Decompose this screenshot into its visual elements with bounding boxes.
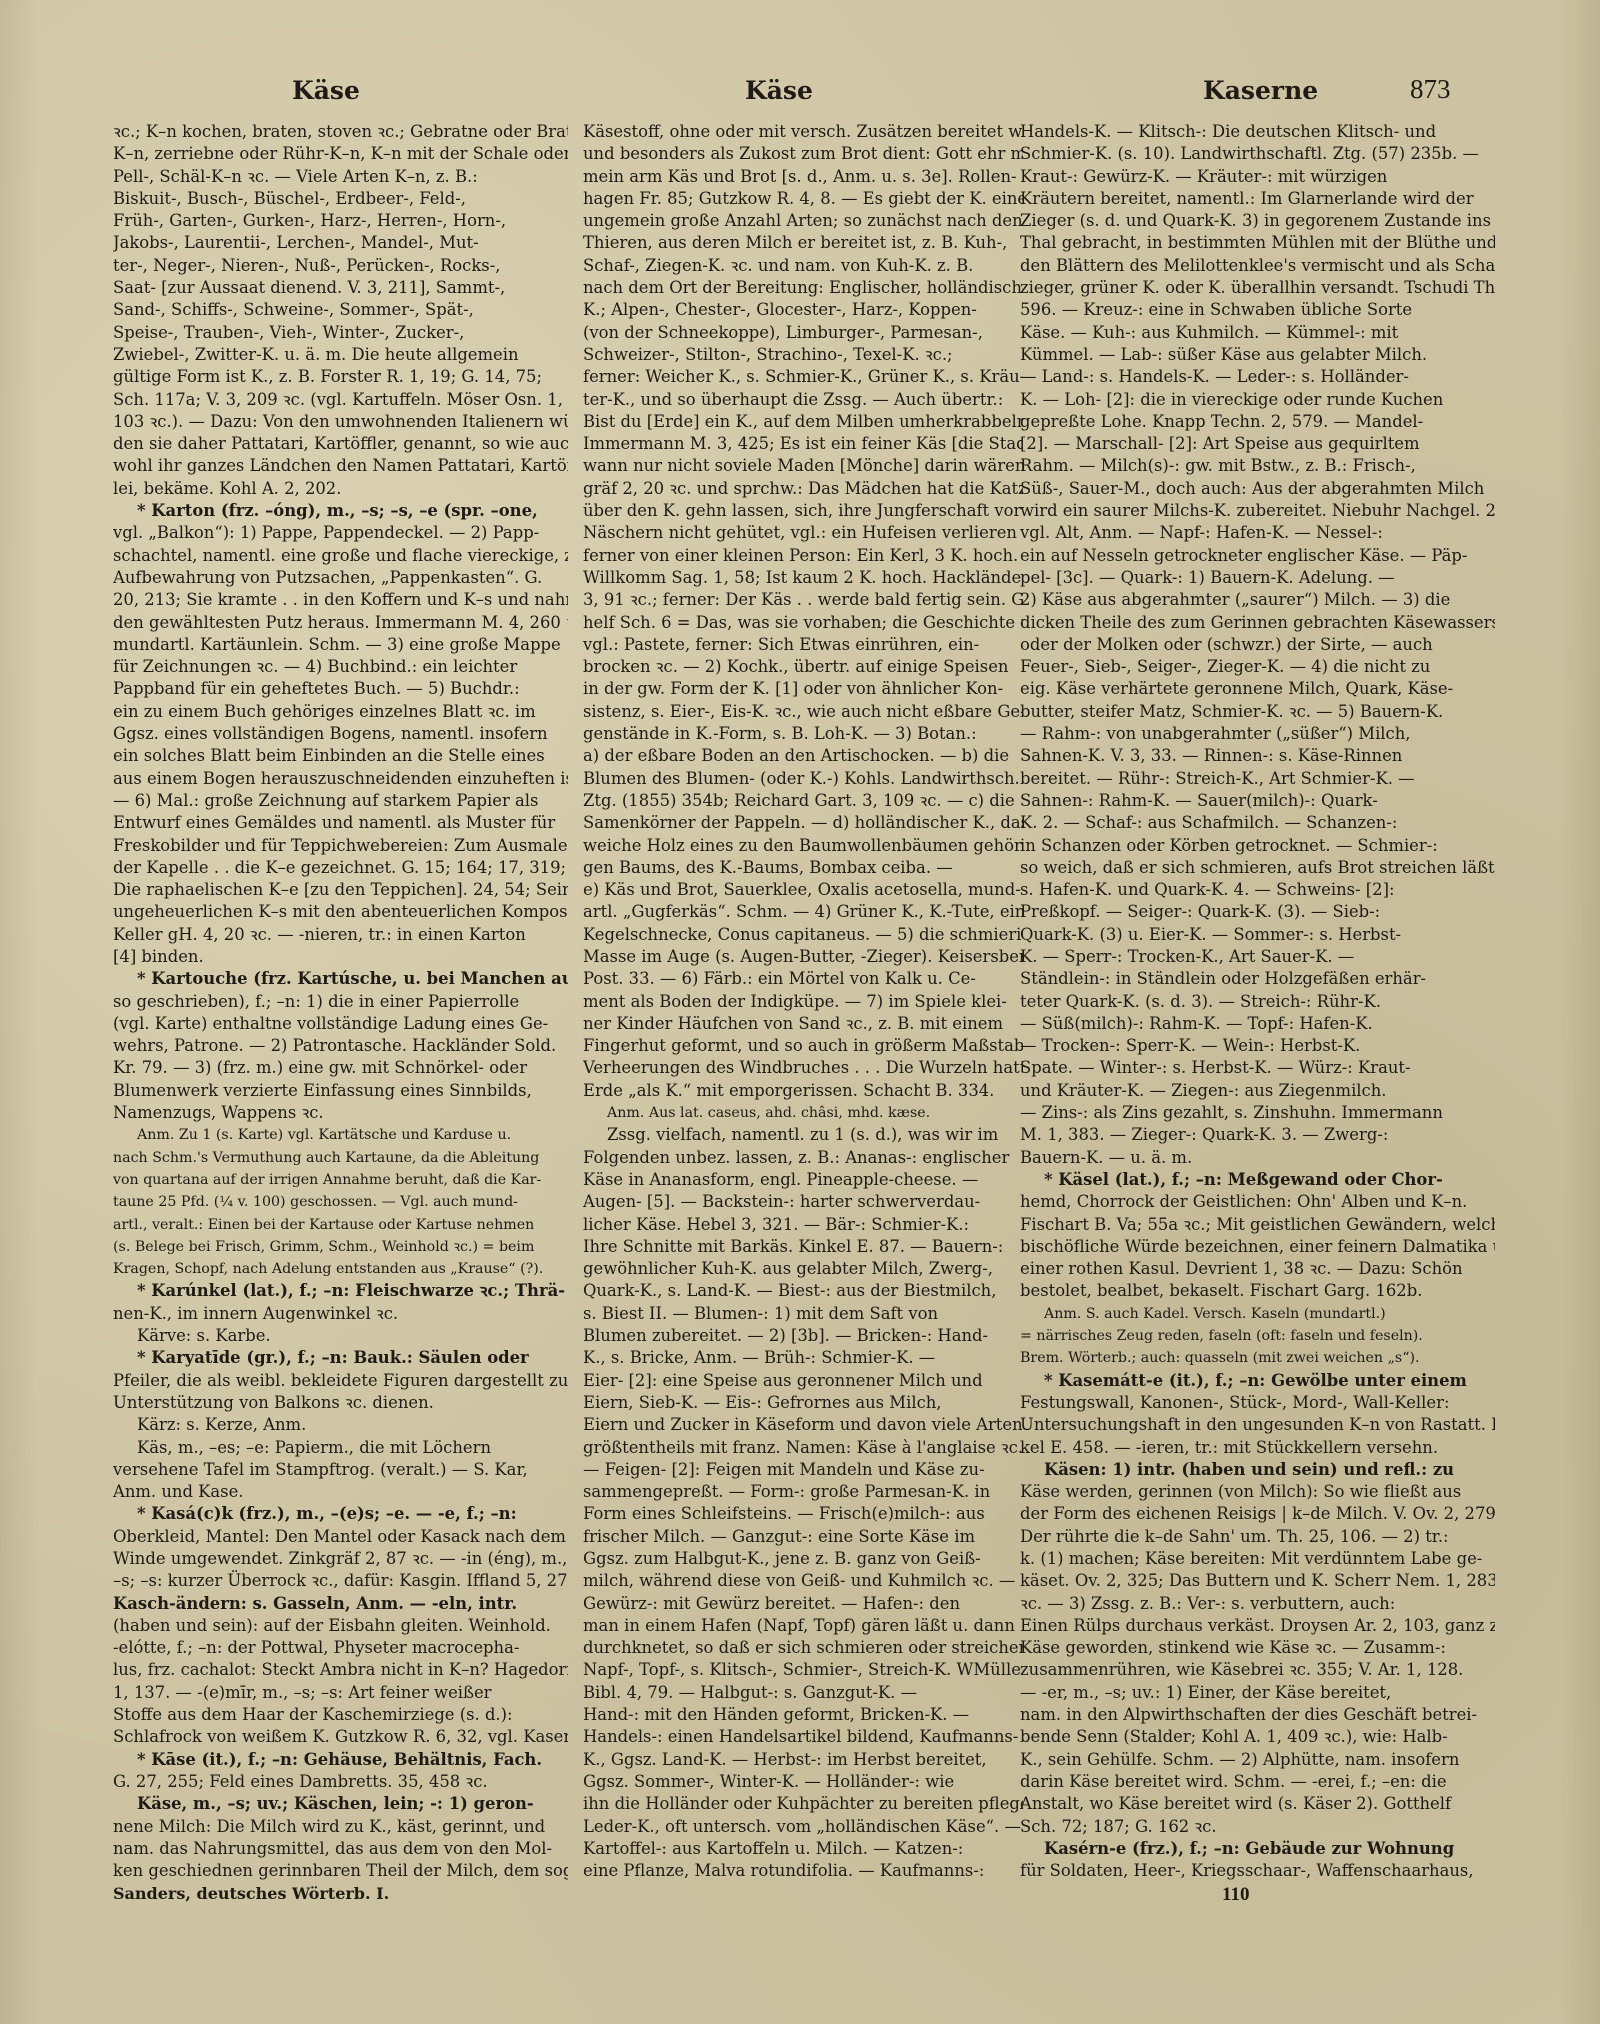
entry-headword-line: * Kasemátt-e (it.), f.; –n: Gewölbe unte… [1020,1370,1495,1392]
text-line: den gewähltesten Putz heraus. Immermann … [113,612,568,634]
text-line: Die raphaelischen K–e [zu den Teppichen]… [113,879,568,901]
text-line: nam. das Nahrungsmittel, das aus dem von… [113,1838,568,1860]
text-line: Stoffe aus dem Haar der Kaschemirziege (… [113,1704,568,1726]
text-line: Speise-, Trauben-, Vieh-, Winter-, Zucke… [113,322,568,344]
text-line: gräf 2, 20 ꝛc. und sprchw.: Das Mädchen … [583,478,1023,500]
text-line: Keller gH. 4, 20 ꝛc. — -nieren, tr.: in … [113,924,568,946]
text-line: Aufbewahrung von Putzsachen, „Pappenkast… [113,567,568,589]
text-line: oder der Molken oder (schwzr.) der Sirte… [1020,634,1495,656]
text-line: — Rahm-: von unabgerahmter („süßer“) Mil… [1020,723,1495,745]
text-line: [2]. — Marschall- [2]: Art Speise aus ge… [1020,433,1495,455]
text-line: Der rührte die k–de Sahn' um. Th. 25, 10… [1020,1526,1495,1548]
text-line: Namenzugs, Wappens ꝛc. [113,1102,568,1124]
text-line: Kartoffel-: aus Kartoffeln u. Milch. — K… [583,1838,1023,1860]
text-line: nach dem Ort der Bereitung: Englischer, … [583,277,1023,299]
text-line: G. 27, 255; Feld eines Dambretts. 35, 45… [113,1771,568,1793]
text-column-middle: Käsestoff, ohne oder mit versch. Zusätze… [583,121,1023,1882]
text-line: Unterstützung von Balkons ꝛc. dienen. [113,1392,568,1414]
text-line: Kärve: s. Karbe. [113,1325,568,1347]
text-line: 103 ꝛc.). — Dazu: Von den umwohnenden It… [113,411,568,433]
sheet-number: 110 [1222,1884,1249,1906]
text-line: Käse geworden, stinkend wie Käse ꝛc. — Z… [1020,1637,1495,1659]
text-line: Ggsz. Sommer-, Winter-K. — Holländer-: w… [583,1771,1023,1793]
running-head-right: Kaserne [1203,76,1318,105]
text-line: teter Quark-K. (s. d. 3). — Streich-: Rü… [1020,991,1495,1013]
text-line: K. 2. — Schaf-: aus Schafmilch. — Schanz… [1020,812,1495,834]
text-line: kel E. 458. — -ieren, tr.: mit Stückkell… [1020,1437,1495,1459]
text-line: Jakobs-, Laurentii-, Lerchen-, Mandel-, … [113,232,568,254]
text-line: Pell-, Schäl-K–n ꝛc. — Viele Arten K–n, … [113,166,568,188]
text-line: Kümmel. — Lab-: süßer Käse aus gelabter … [1020,344,1495,366]
text-line: a) der eßbare Boden an den Artischocken.… [583,745,1023,767]
text-line: so weich, daß er sich schmieren, aufs Br… [1020,857,1495,879]
text-line: Anm. Aus lat. caseus, ahd. châsi, mhd. k… [583,1102,1023,1124]
text-line: Näschern nicht gehütet, vgl.: ein Hufeis… [583,522,1023,544]
text-line: gepreßte Lohe. Knapp Techn. 2, 579. — Ma… [1020,411,1495,433]
text-line: Eiern, Sieb-K. — Eis-: Gefrornes aus Mil… [583,1392,1023,1414]
text-line: Sch. 72; 187; G. 162 ꝛc. [1020,1816,1495,1838]
text-line: (haben und sein): auf der Eisbahn gleite… [113,1615,568,1637]
text-line: ihn die Holländer oder Kuhpächter zu ber… [583,1793,1023,1815]
text-line: Winde umgewendet. Zinkgräf 2, 87 ꝛc. — -… [113,1548,568,1570]
text-line: Biskuit-, Busch-, Büschel-, Erdbeer-, Fe… [113,188,568,210]
text-line: 1, 137. — -(e)mīr, m., –s; –s: Art feine… [113,1682,568,1704]
text-line: ter-, Neger-, Nieren-, Nuß-, Perücken-, … [113,255,568,277]
text-line: Sahnen-K. V. 3, 33. — Rinnen-: s. Käse-R… [1020,745,1495,767]
text-line: ꝛc. — 3) Zssg. z. B.: Ver-: s. verbutter… [1020,1593,1495,1615]
text-line: ken geschiednen gerinnbaren Theil der Mi… [113,1860,568,1882]
entry-headword-line: * Kartouche (frz. Kartúsche, u. bei Manc… [113,968,568,990]
text-line: ment als Boden der Indigküpe. — 7) im Sp… [583,991,1023,1013]
text-line: Anm. S. auch Kadel. Versch. Kaseln (mund… [1020,1303,1495,1325]
text-line: bende Senn (Stalder; Kohl A. 1, 409 ꝛc.)… [1020,1726,1495,1748]
text-line: frischer Milch. — Ganzgut-: eine Sorte K… [583,1526,1023,1548]
text-line: Entwurf eines Gemäldes und namentl. als … [113,812,568,834]
entry-headword-line: Käsen: 1) intr. (haben und sein) und ref… [1020,1459,1495,1481]
text-line: Post. 33. — 6) Färb.: ein Mörtel von Kal… [583,968,1023,990]
text-line: K. — Loh- [2]: die in viereckige oder ru… [1020,389,1495,411]
text-line: Feuer-, Sieb-, Seiger-, Zieger-K. — 4) d… [1020,656,1495,678]
text-line: Zssg. vielfach, namentl. zu 1 (s. d.), w… [583,1124,1023,1146]
text-line: Handels-: einen Handelsartikel bildend, … [583,1726,1023,1748]
text-line: Schaf-, Ziegen-K. ꝛc. und nam. von Kuh-K… [583,255,1023,277]
text-line: Süß-, Sauer-M., doch auch: Aus der abger… [1020,478,1495,500]
text-line: 596. — Kreuz-: eine in Schwaben übliche … [1020,299,1495,321]
text-line: vgl.: Pastete, ferner: Sich Etwas einrüh… [583,634,1023,656]
text-line: Schweizer-, Stilton-, Strachino-, Texel-… [583,344,1023,366]
text-line: taune 25 Pfd. (¼ v. 100) geschossen. — V… [113,1191,568,1213]
text-line: Ständlein-: in Ständlein oder Holzgefäße… [1020,968,1495,990]
text-line: vgl. „Balkon“): 1) Pappe, Pappendeckel. … [113,522,568,544]
text-line: bereitet. — Rühr-: Streich-K., Art Schmi… [1020,768,1495,790]
text-line: Schmier-K. (s. 10). Landwirthschaftl. Zt… [1020,143,1495,165]
entry-headword-line: Kasérn-e (frz.), f.; –n: Gebäude zur Woh… [1020,1838,1495,1860]
text-line: ein auf Nesseln getrockneter englischer … [1020,545,1495,567]
text-column-right: Handels-K. — Klitsch-: Die deutschen Kli… [1020,121,1495,1882]
text-line: Käse. — Kuh-: aus Kuhmilch. — Kümmel-: m… [1020,322,1495,344]
text-line: Ggsz. eines vollständigen Bogens, nament… [113,723,568,745]
text-line: Anstalt, wo Käse bereitet wird (s. Käser… [1020,1793,1495,1815]
dictionary-page: Käse Käse Kaserne 873 ꝛc.; K–n kochen, b… [0,0,1600,2024]
text-line: Blumen des Blumen- (oder K.-) Kohls. Lan… [583,768,1023,790]
text-line: man in einem Hafen (Napf, Topf) gären lä… [583,1615,1023,1637]
text-line: s. Biest II. — Blumen-: 1) mit dem Saft … [583,1303,1023,1325]
text-line: Blumenwerk verzierte Einfassung eines Si… [113,1080,568,1102]
text-line: eine Pflanze, Malva rotundifolia. — Kauf… [583,1860,1023,1882]
entry-headword-line: * Karton (frz. –óng), m., –s; –s, –e (sp… [113,500,568,522]
text-line: k. (1) machen; Käse bereiten: Mit verdün… [1020,1548,1495,1570]
text-line: in der gw. Form der K. [1] oder von ähnl… [583,678,1023,700]
text-line: lus, frz. cachalot: Steckt Ambra nicht i… [113,1659,568,1681]
text-line: zusammenrühren, wie Käsebrei ꝛc. 355; V.… [1020,1659,1495,1681]
text-line: lei, bekäme. Kohl A. 2, 202. [113,478,568,500]
text-line: nam. in den Alpwirthschaften der dies Ge… [1020,1704,1495,1726]
text-line: Sand-, Schiffs-, Schweine-, Sommer-, Spä… [113,299,568,321]
text-line: für Zeichnungen ꝛc. — 4) Buchbind.: ein … [113,656,568,678]
text-line: und besonders als Zukost zum Brot dient:… [583,143,1023,165]
text-line: hemd, Chorrock der Geistlichen: Ohn' Alb… [1020,1191,1495,1213]
text-line: Bist du [Erde] ein K., auf dem Milben um… [583,411,1023,433]
text-line: Kr. 79. — 3) (frz. m.) eine gw. mit Schn… [113,1057,568,1079]
text-line: milch, während diese von Geiß- und Kuhmi… [583,1570,1023,1592]
text-line: -elótte, f.; –n: der Pottwal, Physeter m… [113,1637,568,1659]
text-line: –s; –s: kurzer Überrock ꝛc., dafür: Kasg… [113,1570,568,1592]
text-line: Handels-K. — Klitsch-: Die deutschen Kli… [1020,121,1495,143]
text-line: licher Käse. Hebel 3, 321. — Bär-: Schmi… [583,1214,1023,1236]
text-line: Fingerhut geformt, und so auch in größer… [583,1035,1023,1057]
text-line: 20, 213; Sie kramte . . in den Koffern u… [113,589,568,611]
text-line: Saat- [zur Aussaat dienend. V. 3, 211], … [113,277,568,299]
text-line: so geschrieben), f.; –n: 1) die in einer… [113,991,568,1013]
text-line: den Blättern des Melilottenklee's vermis… [1020,255,1495,277]
text-line: Thieren, aus deren Milch er bereitet ist… [583,232,1023,254]
text-line: gültige Form ist K., z. B. Forster R. 1,… [113,366,568,388]
text-line: (vgl. Karte) enthaltne vollständige Ladu… [113,1013,568,1035]
text-line: ungeheuerlichen K–s mit den abenteuerlic… [113,901,568,923]
entry-headword-line: Käse, m., –s; uv.; Käschen, lein; -: 1) … [113,1793,568,1815]
text-line: s. Hafen-K. und Quark-K. 4. — Schweins- … [1020,879,1495,901]
text-line: Quark-K. (3) u. Eier-K. — Sommer-: s. He… [1020,924,1495,946]
text-line: wehrs, Patrone. — 2) Patrontasche. Hackl… [113,1035,568,1057]
text-line: K., sein Gehülfe. Schm. — 2) Alphütte, n… [1020,1749,1495,1771]
text-line: Schlafrock von weißem K. Gutzkow R. 6, 3… [113,1726,568,1748]
text-line: M. 1, 383. — Zieger-: Quark-K. 3. — Zwer… [1020,1124,1495,1146]
entry-headword-line: * Kasá(c)k (frz.), m., –(e)s; –e. — -e, … [113,1503,568,1525]
text-line: Napf-, Topf-, s. Klitsch-, Schmier-, Str… [583,1659,1023,1681]
text-line: Ggsz. zum Halbgut-K., jene z. B. ganz vo… [583,1548,1023,1570]
text-line: Eiern und Zucker in Käseform und davon v… [583,1414,1023,1436]
text-line: Erde „als K.“ mit emporgerissen. Schacht… [583,1080,1023,1102]
text-line: sammengepreßt. — Form-: große Parmesan-K… [583,1481,1023,1503]
text-line: wohl ihr ganzes Ländchen den Namen Patta… [113,455,568,477]
text-line: Oberkleid, Mantel: Den Mantel oder Kasac… [113,1526,568,1548]
text-line: = närrisches Zeug reden, faseln (oft: fa… [1020,1325,1495,1347]
text-line: pel- [3c]. — Quark-: 1) Bauern-K. Adelun… [1020,567,1495,589]
text-line: 3, 91 ꝛc.; ferner: Der Käs . . werde bal… [583,589,1023,611]
text-line: butter, steifer Matz, Schmier-K. ꝛc. — 5… [1020,701,1495,723]
page-number: 873 [1410,74,1451,105]
text-line: — Land-: s. Handels-K. — Leder-: s. Holl… [1020,366,1495,388]
text-line: Käsestoff, ohne oder mit versch. Zusätze… [583,121,1023,143]
text-line: K.; Alpen-, Chester-, Glocester-, Harz-,… [583,299,1023,321]
text-line: ferner von einer kleinen Person: Ein Ker… [583,545,1023,567]
text-line: artl., veralt.: Einen bei der Kartause o… [113,1214,568,1236]
text-line: Anm. Zu 1 (s. Karte) vgl. Kartätsche und… [113,1124,568,1146]
text-line: Hand-: mit den Händen geformt, Bricken-K… [583,1704,1023,1726]
text-line: Leder-K., oft untersch. vom „holländisch… [583,1816,1023,1838]
text-line: K., s. Bricke, Anm. — Brüh-: Schmier-K. … [583,1347,1023,1369]
text-line: Einen Rülps durchaus verkäst. Droysen Ar… [1020,1615,1495,1637]
text-line: ferner: Weicher K., s. Schmier-K., Grüne… [583,366,1023,388]
text-line: Immermann M. 3, 425; Es ist ein feiner K… [583,433,1023,455]
text-line: — Feigen- [2]: Feigen mit Mandeln und Kä… [583,1459,1023,1481]
signature-line: Sanders, deutsches Wörterb. I. [113,1884,389,1903]
text-line: bischöfliche Würde bezeichnen, einer fei… [1020,1236,1495,1258]
text-line: — -er, m., –s; uv.: 1) Einer, der Käse b… [1020,1682,1495,1704]
text-line: K. — Sperr-: Trocken-K., Art Sauer-K. — [1020,946,1495,968]
text-line: Augen- [5]. — Backstein-: harter schwerv… [583,1191,1023,1213]
text-line: Kragen, Schopf, nach Adelung entstanden … [113,1258,568,1280]
text-line: durchknetet, so daß er sich schmieren od… [583,1637,1023,1659]
entry-headword-line: * Karúnkel (lat.), f.; –n: Fleischwarze … [113,1280,568,1302]
text-line: den sie daher Pattatari, Kartöffler, gen… [113,433,568,455]
text-line: hagen Fr. 85; Gutzkow R. 4, 8. — Es gieb… [583,188,1023,210]
text-line: ner Kinder Häufchen von Sand ꝛc., z. B. … [583,1013,1023,1035]
text-line: Willkomm Sag. 1, 58; Ist kaum 2 K. hoch.… [583,567,1023,589]
text-line: Käse werden, gerinnen (von Milch): So wi… [1020,1481,1495,1503]
text-line: nen-K., im innern Augenwinkel ꝛc. [113,1303,568,1325]
text-line: Thal gebracht, in bestimmten Mühlen mit … [1020,232,1495,254]
text-line: Verheerungen des Windbruches . . . Die W… [583,1057,1023,1079]
text-line: (von der Schneekoppe), Limburger-, Parme… [583,322,1023,344]
text-line: Kräutern bereitet, namentl.: Im Glarnerl… [1020,188,1495,210]
text-line: bestolet, bealbet, bekaselt. Fischart Ga… [1020,1280,1495,1302]
text-line: — Süß(milch)-: Rahm-K. — Topf-: Hafen-K. [1020,1013,1495,1035]
text-column-left: ꝛc.; K–n kochen, braten, stoven ꝛc.; Geb… [113,121,568,1882]
text-line: Eier- [2]: eine Speise aus geronnener Mi… [583,1370,1023,1392]
text-line: 2) Käse aus abgerahmter („saurer“) Milch… [1020,589,1495,611]
text-line: Käs, m., –es; –e: Papierm., die mit Löch… [113,1437,568,1459]
text-line: Festungswall, Kanonen-, Stück-, Mord-, W… [1020,1392,1495,1414]
text-line: käset. Ov. 2, 325; Das Buttern und K. Sc… [1020,1570,1495,1592]
text-line: für Soldaten, Heer-, Kriegsschaar-, Waff… [1020,1860,1495,1882]
text-line: ꝛc.; K–n kochen, braten, stoven ꝛc.; Geb… [113,121,568,143]
text-line: von quartana auf der irrigen Annahme ber… [113,1169,568,1191]
text-line: Fischart B. Va; 55a ꝛc.; Mit geistlichen… [1020,1214,1495,1236]
text-line: Rahm. — Milch(s)-: gw. mit Bstw., z. B.:… [1020,455,1495,477]
entry-headword-line: * Karyatīde (gr.), f.; –n: Bauk.: Säulen… [113,1347,568,1369]
text-line: Form eines Schleifsteins. — Frisch(e)mil… [583,1503,1023,1525]
text-line: e) Käs und Brot, Sauerklee, Oxalis aceto… [583,879,1023,901]
text-line: gen Baums, des K.-Baums, Bombax ceiba. — [583,857,1023,879]
entry-headword-line: Kasch-ändern: s. Gasseln, Anm. — -eln, i… [113,1593,568,1615]
text-line: aus einem Bogen herauszuschneidenden ein… [113,768,568,790]
entry-headword-line: * Kāse (it.), f.; –n: Gehäuse, Behältnis… [113,1749,568,1771]
text-line: Preßkopf. — Seiger-: Quark-K. (3). — Sie… [1020,901,1495,923]
text-line: der Form des eichenen Reisigs | k–de Mil… [1020,1503,1495,1525]
text-line: — 6) Mal.: große Zeichnung auf starkem P… [113,790,568,812]
text-line: über den K. gehn lassen, sich, ihre Jung… [583,500,1023,522]
text-line: nene Milch: Die Milch wird zu K., käst, … [113,1816,568,1838]
running-head-left: Käse [292,76,360,105]
text-line: Kärz: s. Kerze, Anm. [113,1414,568,1436]
text-line: versehene Tafel im Stampftrog. (veralt.)… [113,1459,568,1481]
text-line: Spate. — Winter-: s. Herbst-K. — Würz-: … [1020,1057,1495,1079]
text-line: ter-K., und so überhaupt die Zssg. — Auc… [583,389,1023,411]
text-line: zieger, grüner K. oder K. überallhin ver… [1020,277,1495,299]
text-line: Sahnen-: Rahm-K. — Sauer(milch)-: Quark- [1020,790,1495,812]
text-line: ein zu einem Buch gehöriges einzelnes Bl… [113,701,568,723]
text-line: [4] binden. [113,946,568,968]
text-line: gewöhnlicher Kuh-K. aus gelabter Milch, … [583,1258,1023,1280]
text-line: Untersuchungshaft in den ungesunden K–n … [1020,1414,1495,1436]
text-line: Samenkörner der Pappeln. — d) holländisc… [583,812,1023,834]
text-line: Freskobilder und für Teppichwebereien: Z… [113,835,568,857]
text-line: Folgenden unbez. lassen, z. B.: Ananas-:… [583,1147,1023,1169]
text-line: K., Ggsz. Land-K. — Herbst-: im Herbst b… [583,1749,1023,1771]
text-line: artl. „Gugferkäs“. Schm. — 4) Grüner K.,… [583,901,1023,923]
text-line: mein arm Käs und Brot [s. d., Anm. u. s.… [583,166,1023,188]
text-line: helf Sch. 6 = Das, was sie vorhaben; die… [583,612,1023,634]
text-line: — Zins-: als Zins gezahlt, s. Zinshuhn. … [1020,1102,1495,1124]
text-line: Masse im Auge (s. Augen-Butter, -Zieger)… [583,946,1023,968]
text-line: genstände in K.-Form, s. B. Loh-K. — 3) … [583,723,1023,745]
text-line: der Kapelle . . die K–e gezeichnet. G. 1… [113,857,568,879]
running-head-middle: Käse [745,76,813,105]
text-line: einer rothen Kasul. Devrient 1, 38 ꝛc. —… [1020,1258,1495,1280]
text-line: — Trocken-: Sperr-K. — Wein-: Herbst-K. [1020,1035,1495,1057]
text-line: Ztg. (1855) 354b; Reichard Gart. 3, 109 … [583,790,1023,812]
text-line: Blumen zubereitet. — 2) [3b]. — Bricken-… [583,1325,1023,1347]
text-line: K–n, zerriebne oder Rühr-K–n, K–n mit de… [113,143,568,165]
entry-headword-line: * Käsel (lat.), f.; –n: Meßgewand oder C… [1020,1169,1495,1191]
text-line: Pfeiler, die als weibl. bekleidete Figur… [113,1370,568,1392]
text-line: wann nur nicht soviele Maden [Mönche] da… [583,455,1023,477]
text-line: Kraut-: Gewürz-K. — Kräuter-: mit würzig… [1020,166,1495,188]
text-line: eig. Käse verhärtete geronnene Milch, Qu… [1020,678,1495,700]
text-line: dicken Theile des zum Gerinnen gebrachte… [1020,612,1495,634]
text-line: ein solches Blatt beim Einbinden an die … [113,745,568,767]
text-line: weiche Holz eines zu den Baumwollenbäume… [583,835,1023,857]
text-line: Sch. 117a; V. 3, 209 ꝛc. (vgl. Kartuffel… [113,389,568,411]
text-line: (s. Belege bei Frisch, Grimm, Schm., Wei… [113,1236,568,1258]
text-line: in Schanzen oder Körben getrocknet. — Sc… [1020,835,1495,857]
text-line: Ihre Schnitte mit Barkäs. Kinkel E. 87. … [583,1236,1023,1258]
text-line: Gewürz-: mit Gewürz bereitet. — Hafen-: … [583,1593,1023,1615]
text-line: Zwiebel-, Zwitter-K. u. ä. m. Die heute … [113,344,568,366]
text-line: darin Käse bereitet wird. Schm. — -erei,… [1020,1771,1495,1793]
text-line: Bibl. 4, 79. — Halbgut-: s. Ganzgut-K. — [583,1682,1023,1704]
text-line: Pappband für ein geheftetes Buch. — 5) B… [113,678,568,700]
text-line: ungemein große Anzahl Arten; so zunächst… [583,210,1023,232]
text-line: schachtel, namentl. eine große und flach… [113,545,568,567]
text-line: größtentheils mit franz. Namen: Käse à l… [583,1437,1023,1459]
text-line: Bauern-K. — u. ä. m. [1020,1147,1495,1169]
text-line: Quark-K., s. Land-K. — Biest-: aus der B… [583,1280,1023,1302]
text-line: und Kräuter-K. — Ziegen-: aus Ziegenmilc… [1020,1080,1495,1102]
text-line: Zieger (s. d. und Quark-K. 3) in gegoren… [1020,210,1495,232]
text-line: nach Schm.'s Vermuthung auch Kartaune, d… [113,1147,568,1169]
text-line: Kegelschnecke, Conus capitaneus. — 5) di… [583,924,1023,946]
text-line: Brem. Wörterb.; auch: quasseln (mit zwei… [1020,1347,1495,1369]
text-line: wird ein saurer Milchs-K. zubereitet. Ni… [1020,500,1495,522]
text-line: Käse in Ananasform, engl. Pineapple-chee… [583,1169,1023,1191]
text-line: Früh-, Garten-, Gurken-, Harz-, Herren-,… [113,210,568,232]
text-line: vgl. Alt, Anm. — Napf-: Hafen-K. — Nesse… [1020,522,1495,544]
text-line: brocken ꝛc. — 2) Kochk., übertr. auf ein… [583,656,1023,678]
text-line: Anm. und Kase. [113,1481,568,1503]
text-line: mundartl. Kartäunlein. Schm. — 3) eine g… [113,634,568,656]
text-line: sistenz, s. Eier-, Eis-K. ꝛc., wie auch … [583,701,1023,723]
